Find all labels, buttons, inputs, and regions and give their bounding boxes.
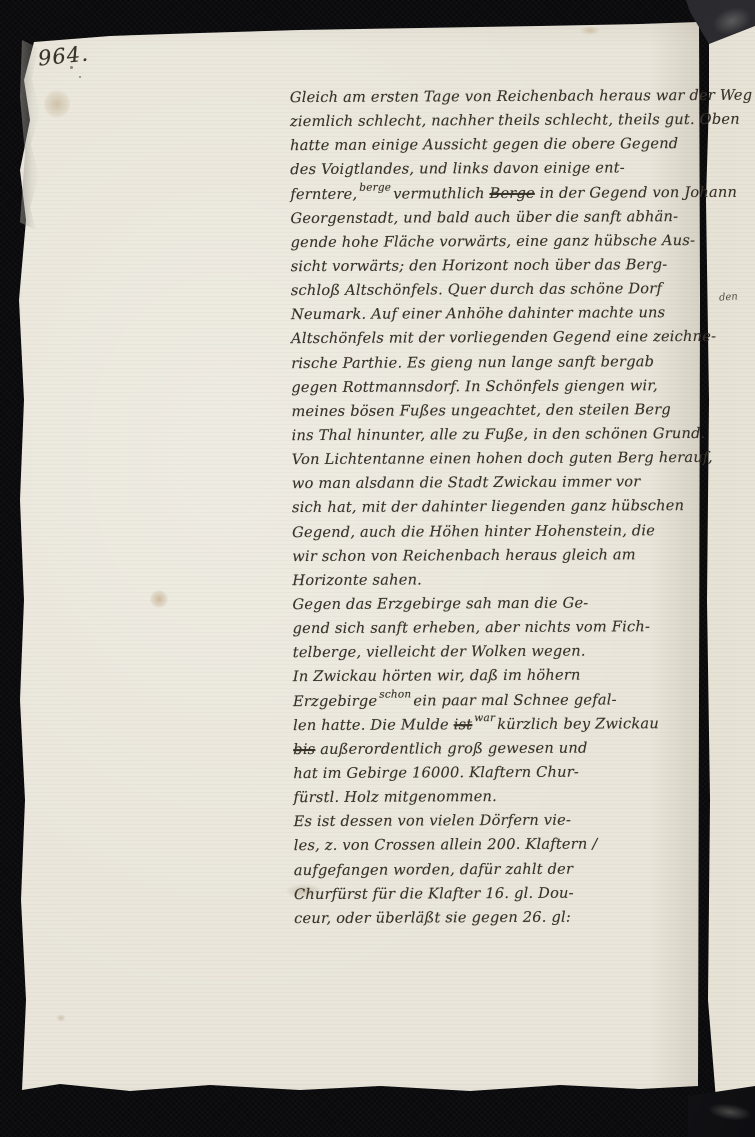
ink-speck [79,76,81,78]
handwritten-line: gende hohe Fläche vorwärts, eine ganz hü… [291,232,711,258]
line-text: ferntere, [290,185,357,202]
line-text: kürzlich bey Zwickau [497,715,659,733]
foxing-stain [44,90,70,118]
line-text: ceur, oder überläßt sie gegen 26. gl: [294,908,571,926]
handwritten-line: wir schon von Reichenbach heraus gleich … [292,546,712,572]
line-text: Altschönfels mit der vorliegenden Gegend… [291,328,716,347]
line-text: wir schon von Reichenbach heraus gleich … [292,546,636,565]
line-text: Churfürst für die Klafter 16. gl. Dou- [294,884,574,902]
line-text: Erzgebirge [293,692,377,709]
line-text: schloß Altschönfels. Quer durch das schö… [291,280,662,299]
line-text: Horizonte sahen. [292,571,422,589]
line-text: hatte man einige Aussicht gegen die ober… [290,135,678,154]
handwritten-line: hat im Gebirge 16000. Klaftern Chur- [293,763,713,789]
handwritten-line: Churfürst für die Klafter 16. gl. Dou- [294,884,714,910]
line-text: Gegend, auch die Höhen hinter Hohenstein… [292,522,655,541]
inserted-word: berge [359,181,391,193]
line-text: des Voigtlandes, und links davon einige … [290,160,625,179]
handwritten-line: gegen Rottmannsdorf. In Schönfels gienge… [291,377,711,403]
handwritten-line: Es ist dessen von vielen Dörfern vie- [294,811,714,837]
foxing-stain [580,26,600,35]
handwritten-line: Altschönfels mit der vorliegenden Gegend… [291,328,711,354]
handwritten-line: Gegend, auch die Höhen hinter Hohenstein… [292,521,712,547]
handwritten-line: bis außerordentlich groß gewesen und [293,739,713,765]
handwritten-line: In Zwickau hörten wir, daß im höhern [293,666,713,692]
line-text: sicht vorwärts; den Horizont noch über d… [291,256,668,275]
line-text: In Zwickau hörten wir, daß im höhern [293,667,581,686]
handwritten-line: ferntere,bergevermuthlich Berge in der G… [290,183,710,209]
handwritten-line: Erzgebirgeschonein paar mal Schnee gefal… [293,690,713,716]
line-text: Es ist dessen von vielen Dörfern vie- [294,812,572,830]
line-text: gende hohe Fläche vorwärts, eine ganz hü… [291,232,696,251]
line-text: Von Lichtentanne einen hohen doch guten … [292,449,713,468]
line-text: hat im Gebirge 16000. Klaftern Chur- [293,764,579,782]
handwritten-line: Gegen das Erzgebirge sah man die Ge- [292,594,712,620]
handwritten-line: Horizonte sahen. [292,570,712,596]
handwritten-line: les, z. von Crossen allein 200. Klaftern… [294,835,714,861]
handwritten-line: sich hat, mit der dahinter liegenden gan… [292,497,712,523]
line-text: wo man alsdann die Stadt Zwickau immer v… [292,474,641,493]
handwritten-line: ins Thal hinunter, alle zu Fuße, in den … [292,425,712,451]
line-text: len hatte. Die Mulde [293,716,454,734]
struck-word: Berge [489,184,534,201]
line-text: vermuthlich [393,185,489,203]
line-text: rische Parthie. Es gieng nun lange sanft… [291,353,654,372]
handwritten-line: Neumark. Auf einer Anhöhe dahinter macht… [291,304,711,330]
handwritten-line: fürstl. Holz mitgenommen. [293,787,713,813]
handwritten-line: schloß Altschönfels. Quer durch das schö… [291,280,711,306]
line-text: gegen Rottmannsdorf. In Schönfels gienge… [291,377,658,396]
foxing-stain [56,1014,66,1022]
struck-word: ist [454,716,473,733]
handwritten-line: Von Lichtentanne einen hohen doch guten … [292,449,712,475]
line-text: meines bösen Fußes ungeachtet, den steil… [291,401,671,420]
handwritten-line: Gleich am ersten Tage von Reichenbach he… [290,87,710,113]
line-text: les, z. von Crossen allein 200. Klaftern… [294,836,598,855]
line-text: telberge, vielleicht der Wolken wegen. [293,643,586,662]
handwritten-line: telberge, vielleicht der Wolken wegen. [293,642,713,668]
line-text: Gleich am ersten Tage von Reichenbach he… [290,87,753,106]
inserted-word: war [474,712,495,724]
line-text: gend sich sanft erheben, aber nichts vom… [293,618,651,637]
handwritten-line: aufgefangen worden, dafür zahlt der [294,859,714,885]
handwritten-line: len hatte. Die Mulde istwarkürzlich bey … [293,715,713,741]
handwritten-line: gend sich sanft erheben, aber nichts vom… [293,618,713,644]
line-text: sich hat, mit der dahinter liegenden gan… [292,497,684,516]
handwritten-line: ceur, oder überläßt sie gegen 26. gl: [294,908,714,934]
line-text: ein paar mal Schnee gefal- [413,691,616,709]
ink-speck [70,66,73,69]
inserted-word: schon [379,688,411,700]
handwritten-line: ziemlich schlecht, nachher theils schlec… [290,111,710,137]
handwritten-line: sicht vorwärts; den Horizont noch über d… [291,256,711,282]
line-text: fürstl. Holz mitgenommen. [293,788,497,806]
line-text: in der Gegend von Johann [535,183,737,201]
line-text: aufgefangen worden, dafür zahlt der [294,860,573,878]
line-text: ziemlich schlecht, nachher theils schlec… [290,111,740,130]
struck-word: bis [293,741,315,758]
handwritten-line: Georgenstadt, und bald auch über die san… [290,208,710,234]
handwritten-line: rische Parthie. Es gieng nun lange sanft… [291,352,711,378]
line-text: Neumark. Auf einer Anhöhe dahinter macht… [291,304,665,323]
margin-note-fragment: den [719,291,738,303]
handwritten-line: wo man alsdann die Stadt Zwickau immer v… [292,473,712,499]
handwritten-line: meines bösen Fußes ungeachtet, den steil… [291,401,711,427]
foxing-stain [150,590,168,608]
line-text: Gegen das Erzgebirge sah man die Ge- [292,595,588,614]
handwritten-line: des Voigtlandes, und links davon einige … [290,159,710,185]
line-text: außerordentlich groß gewesen und [315,739,587,757]
line-text: Georgenstadt, und bald auch über die san… [290,208,678,227]
manuscript-text-block: Gleich am ersten Tage von Reichenbach he… [290,87,714,934]
handwritten-line: hatte man einige Aussicht gegen die ober… [290,135,710,161]
line-text: ins Thal hinunter, alle zu Fuße, in den … [292,425,706,444]
